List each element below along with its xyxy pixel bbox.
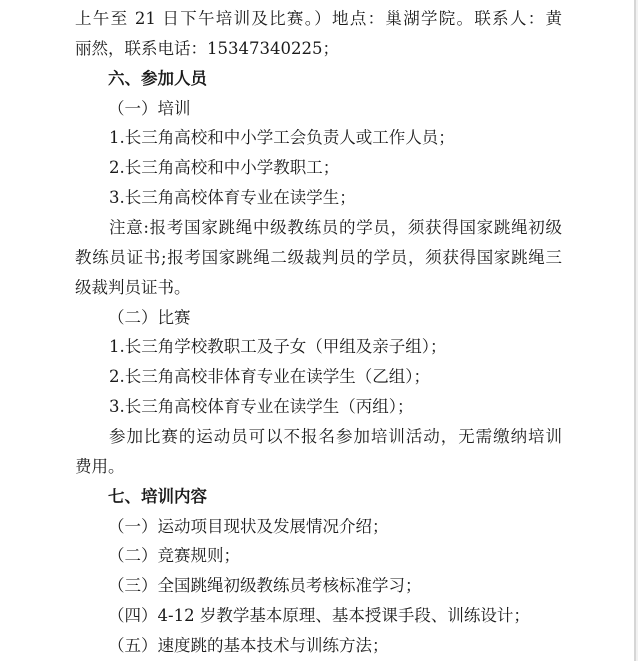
note-line: 注意:报考国家跳绳中级教练员的学员，须获得国家跳绳初级 <box>75 213 562 243</box>
subsection-title-training: （一）培训 <box>75 94 562 124</box>
document-page: 上午至 21 日下午培训及比赛。）地点：巢湖学院。联系人：黄 丽然，联系电话：1… <box>0 0 634 661</box>
list-item: （三）全国跳绳初级教练员考核标准学习； <box>75 571 562 601</box>
list-item: 2.长三角高校和中小学教职工； <box>75 153 562 183</box>
list-item: （一）运动项目现状及发展情况介绍； <box>75 512 562 542</box>
section-heading-training-content: 七、培训内容 <box>75 482 562 512</box>
subsection-title-competition: （二）比赛 <box>75 303 562 333</box>
note-line: 费用。 <box>75 452 562 482</box>
section-heading-participants: 六、参加人员 <box>75 64 562 94</box>
list-item: （五）速度跳的基本技术与训练方法； <box>75 631 562 661</box>
list-item: （四）4-12 岁教学基本原理、基本授课手段、训练设计； <box>75 601 562 631</box>
document-body: 上午至 21 日下午培训及比赛。）地点：巢湖学院。联系人：黄 丽然，联系电话：1… <box>75 4 562 661</box>
paragraph-line: 上午至 21 日下午培训及比赛。）地点：巢湖学院。联系人：黄 <box>75 4 562 34</box>
note-line: 级裁判员证书。 <box>75 273 562 303</box>
list-item: 2.长三角高校非体育专业在读学生（乙组）； <box>75 362 562 392</box>
note-line: 参加比赛的运动员可以不报名参加培训活动，无需缴纳培训 <box>75 422 562 452</box>
list-item: （二）竞赛规则； <box>75 541 562 571</box>
paragraph-line: 丽然，联系电话：15347340225； <box>75 34 562 64</box>
list-item: 1.长三角高校和中小学工会负责人或工作人员； <box>75 123 562 153</box>
note-line: 教练员证书;报考国家跳绳二级裁判员的学员，须获得国家跳绳三 <box>75 243 562 273</box>
list-item: 1.长三角学校教职工及子女（甲组及亲子组）； <box>75 332 562 362</box>
list-item: 3.长三角高校体育专业在读学生（丙组）； <box>75 392 562 422</box>
list-item: 3.长三角高校体育专业在读学生； <box>75 183 562 213</box>
